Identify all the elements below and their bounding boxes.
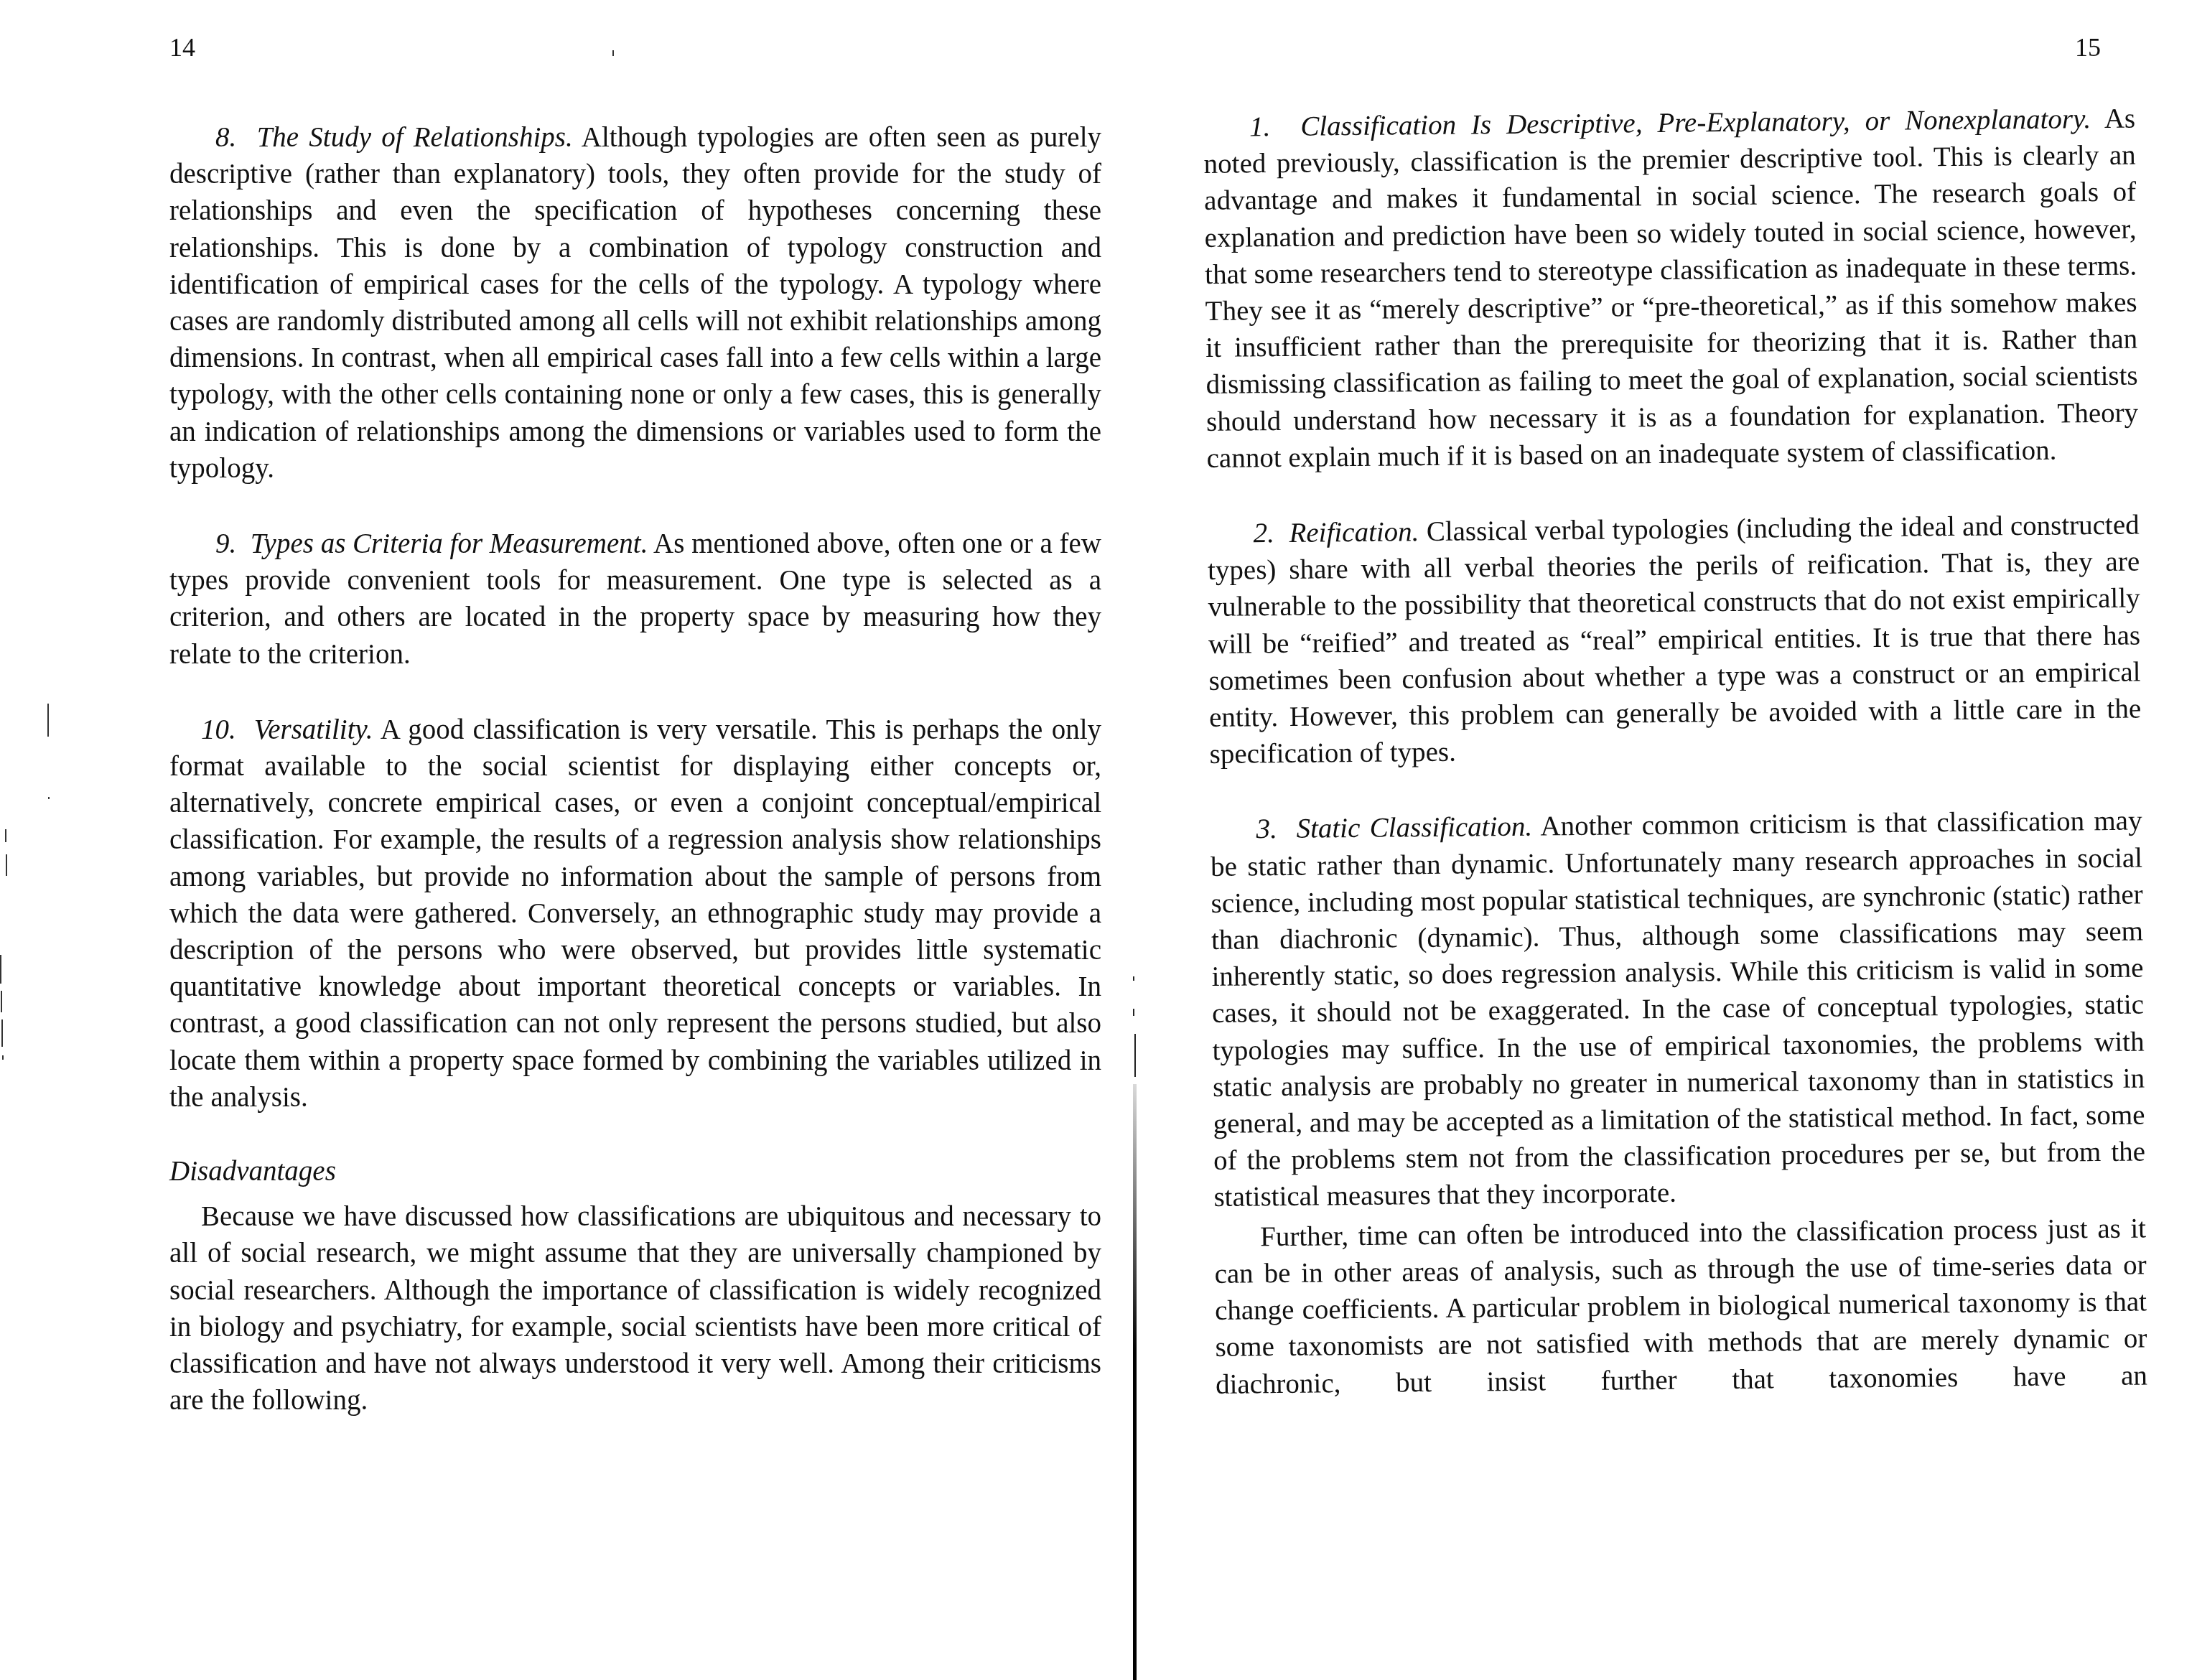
section-title: The Study of Relationships. — [257, 122, 573, 153]
section-versatility: 10. Versatility. A good classification i… — [169, 711, 1101, 1116]
page-number-right: 15 — [2075, 32, 2101, 63]
margin-mark — [6, 854, 7, 876]
section-study-of-relationships: 8. The Study of Relationships. Although … — [169, 119, 1101, 487]
right-page: 15 1. Classification Is Descriptive, Pre… — [1120, 0, 2197, 1680]
disadvantages-heading: Disadvantages — [169, 1153, 1101, 1190]
section-body: Although typologies are often seen as pu… — [169, 122, 1101, 484]
section-number: 8. — [215, 122, 236, 153]
gutter-mark — [1133, 976, 1134, 981]
margin-mark — [0, 955, 1, 984]
section-number: 2. — [1253, 518, 1274, 549]
binding-gutter-line — [1133, 1084, 1137, 1680]
margin-mark — [5, 829, 6, 842]
section-number: 1. — [1249, 111, 1271, 142]
section-title: Static Classification. — [1296, 811, 1532, 844]
section-title: Reification. — [1289, 516, 1419, 549]
time-continuation-paragraph: Further, time can often be introduced in… — [1214, 1210, 2147, 1402]
section-classification-descriptive: 1. Classification Is Descriptive, Pre-Ex… — [1203, 101, 2139, 477]
section-body: Classical verbal typologies (including t… — [1208, 510, 2141, 770]
section-number: 3. — [1256, 814, 1277, 845]
margin-mark — [2, 1055, 4, 1060]
margin-mark — [47, 704, 49, 737]
section-body: As noted previously, classification is t… — [1204, 103, 2139, 474]
section-reification: 2. Reification. Classical verbal typolog… — [1207, 507, 2141, 773]
section-body: A good classification is very versatile.… — [169, 714, 1101, 1113]
section-title: Versatility. — [254, 714, 373, 745]
section-number: 10. — [201, 714, 236, 745]
gutter-mark — [1134, 1034, 1136, 1077]
section-static-classification: 3. Static Classification. Another common… — [1210, 803, 2145, 1216]
margin-mark — [1, 1019, 3, 1047]
left-page-body: 8. The Study of Relationships. Although … — [169, 119, 1101, 1419]
section-title: Classification Is Descriptive, Pre-Expla… — [1300, 103, 2091, 142]
page-number-left: 14 — [169, 32, 195, 63]
section-title: Types as Criteria for Measurement. — [251, 528, 648, 559]
left-page: 14 8. The Study of Relationships. Althou… — [0, 0, 1120, 1680]
margin-mark — [48, 797, 50, 799]
disadvantages-intro-paragraph: Because we have discussed how classifica… — [169, 1198, 1101, 1419]
margin-mark — [1, 991, 2, 1012]
margin-mark — [612, 50, 614, 56]
section-body: Another common criticism is that classif… — [1211, 806, 2145, 1213]
section-number: 9. — [215, 528, 236, 559]
gutter-mark — [1133, 1009, 1134, 1016]
right-page-body: 1. Classification Is Descriptive, Pre-Ex… — [1203, 101, 2147, 1403]
section-types-as-criteria: 9. Types as Criteria for Measurement. As… — [169, 526, 1101, 673]
